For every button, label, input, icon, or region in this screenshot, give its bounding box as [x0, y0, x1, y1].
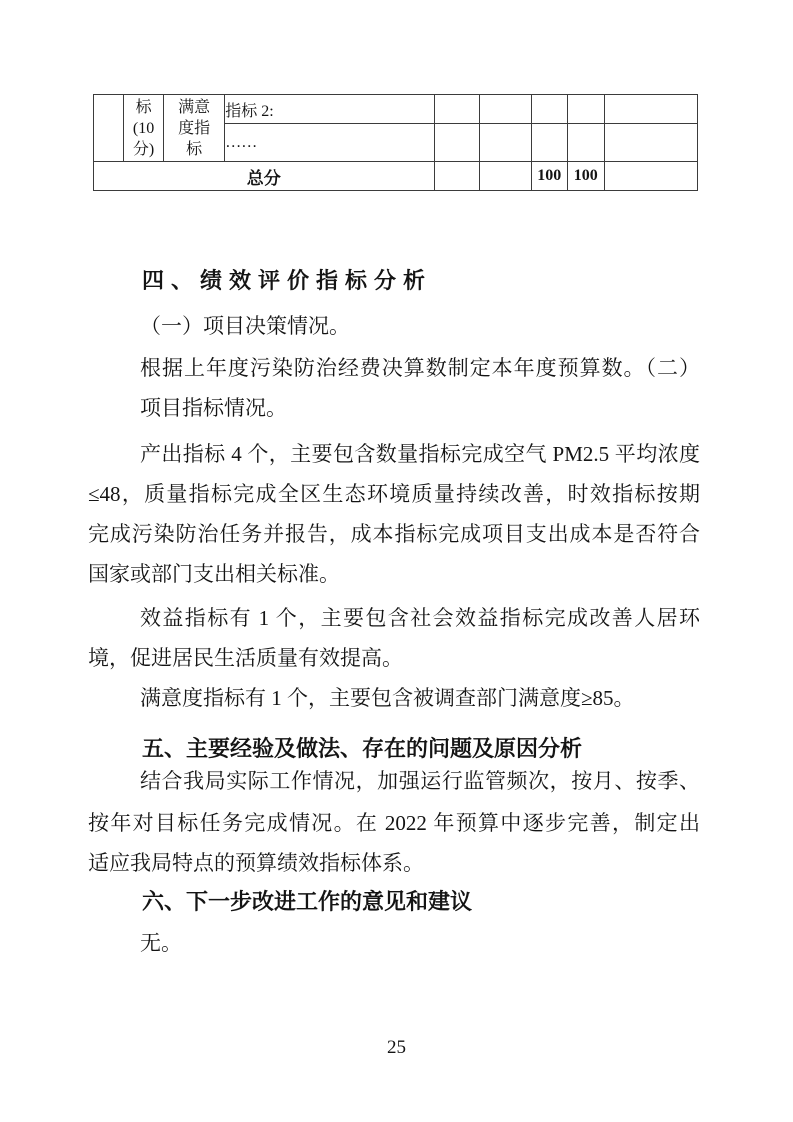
body-line: 境，促进居民生活质量有效提高。: [88, 638, 700, 678]
table-cell-empty: [479, 124, 531, 162]
body-line: ≤48，质量指标完成全区生态环境质量持续改善，时效指标按期: [88, 474, 700, 514]
body-line: 无。: [88, 923, 700, 963]
table-cell-empty-left: [94, 95, 124, 162]
body-line: 项目指标情况。: [88, 388, 700, 428]
table-cell-empty: [434, 124, 479, 162]
page-number: 25: [0, 1036, 793, 1060]
table-cell-empty: [531, 124, 567, 162]
table-cell-total-label: 总分: [94, 162, 435, 191]
section-body-6: 无。: [88, 923, 700, 963]
table-cell-empty: [479, 95, 531, 124]
section-body-5: 结合我局实际工作情况，加强运行监管频次，按月、按季、 按年对目标任务完成情况。在…: [88, 761, 700, 883]
body-line: （一）项目决策情况。: [88, 306, 700, 346]
body-line: 适应我局特点的预算绩效指标体系。: [88, 843, 700, 883]
table-cell-score-weight: 标 (10 分): [124, 95, 164, 162]
table-cell-dots: ……: [225, 124, 434, 162]
section-heading-6: 六、下一步改进工作的意见和建议: [88, 889, 700, 915]
table-cell-empty: [531, 95, 567, 124]
section-heading-4: 四、绩效评价指标分析: [88, 268, 700, 294]
table-cell-empty: [434, 95, 479, 124]
body-line: 完成污染防治任务并报告，成本指标完成项目支出成本是否符合: [88, 514, 700, 554]
body-line: 满意度指标有 1 个，主要包含被调查部门满意度≥85。: [88, 678, 700, 718]
table-cell-indicator2: 指标 2:: [225, 95, 434, 124]
body-line: 按年对目标任务完成情况。在 2022 年预算中逐步完善，制定出: [88, 803, 700, 843]
table-cell-empty: [604, 162, 697, 191]
body-line: 根据上年度污染防治经费决算数制定本年度预算数。（二）: [88, 348, 700, 388]
table-cell-empty: [604, 95, 697, 124]
body-line: 产出指标 4 个，主要包含数量指标完成空气 PM2.5 平均浓度: [88, 434, 700, 474]
table-cell-total-score-1: 100: [531, 162, 567, 191]
table-cell-empty: [567, 124, 604, 162]
body-line: 国家或部门支出相关标准。: [88, 554, 700, 594]
table-cell-empty: [604, 124, 697, 162]
table-cell-empty: [434, 162, 479, 191]
score-table: 标 (10 分) 满意 度指 标 指标 2: …… 总分: [93, 94, 698, 191]
body-line: 结合我局实际工作情况，加强运行监管频次，按月、按季、: [88, 761, 700, 801]
table-cell-satisfaction-indicator: 满意 度指 标: [164, 95, 225, 162]
table-cell-empty: [567, 95, 604, 124]
section-body-4: （一）项目决策情况。 根据上年度污染防治经费决算数制定本年度预算数。（二） 项目…: [88, 306, 700, 718]
section-heading-5: 五、主要经验及做法、存在的问题及原因分析: [88, 736, 700, 762]
table-cell-empty: [479, 162, 531, 191]
document-page: 标 (10 分) 满意 度指 标 指标 2: …… 总分: [0, 0, 793, 1122]
table-cell-total-score-2: 100: [567, 162, 604, 191]
body-line: 效益指标有 1 个，主要包含社会效益指标完成改善人居环: [88, 598, 700, 638]
